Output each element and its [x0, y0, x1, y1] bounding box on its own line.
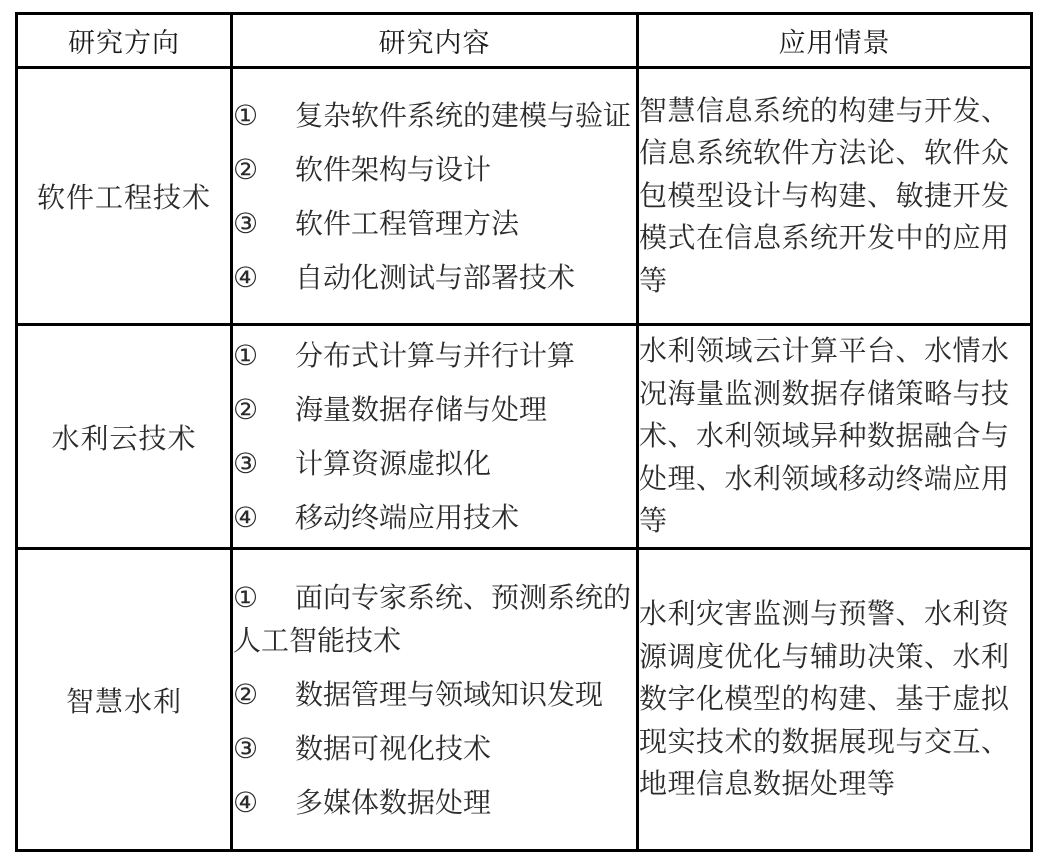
content-item: ④多媒体数据处理	[233, 781, 636, 824]
header-direction: 研究方向	[17, 14, 232, 68]
direction-cell: 智慧水利	[17, 549, 232, 851]
item-text: 自动化测试与部署技术	[295, 261, 575, 294]
direction-cell: 水利云技术	[17, 325, 232, 549]
item-number: ③	[233, 442, 295, 485]
content-item: ②软件架构与设计	[233, 148, 636, 191]
item-text: 多媒体数据处理	[295, 786, 491, 819]
item-number: ③	[233, 727, 295, 770]
item-text: 移动终端应用技术	[295, 501, 519, 534]
item-text: 复杂软件系统的建模与验证	[295, 99, 631, 132]
content-item: ②数据管理与领域知识发现	[233, 673, 636, 716]
item-number: ②	[233, 148, 295, 191]
item-number: ①	[233, 576, 295, 619]
content-item: ③软件工程管理方法	[233, 202, 636, 245]
item-text: 数据可视化技术	[295, 732, 491, 765]
table-header-row: 研究方向 研究内容 应用情景	[17, 14, 1032, 68]
table-row: 水利云技术 ①分布式计算与并行计算 ②海量数据存储与处理 ③计算资源虚拟化 ④移…	[17, 325, 1032, 549]
direction-cell: 软件工程技术	[17, 68, 232, 325]
content-item: ③计算资源虚拟化	[233, 442, 636, 485]
item-number: ③	[233, 202, 295, 245]
content-item: ①面向专家系统、预测系统的人工智能技术	[233, 576, 636, 662]
content-item: ①复杂软件系统的建模与验证	[233, 94, 636, 137]
table-row: 软件工程技术 ①复杂软件系统的建模与验证 ②软件架构与设计 ③软件工程管理方法 …	[17, 68, 1032, 325]
item-number: ④	[233, 781, 295, 824]
content-item: ③数据可视化技术	[233, 727, 636, 770]
header-scenario: 应用情景	[638, 14, 1032, 68]
item-number: ①	[233, 94, 295, 137]
item-text: 数据管理与领域知识发现	[295, 678, 603, 711]
item-number: ②	[233, 673, 295, 716]
research-table: 研究方向 研究内容 应用情景 软件工程技术 ①复杂软件系统的建模与验证 ②软件架…	[15, 12, 1033, 852]
table-row: 智慧水利 ①面向专家系统、预测系统的人工智能技术 ②数据管理与领域知识发现 ③数…	[17, 549, 1032, 851]
item-text: 软件架构与设计	[295, 153, 491, 186]
item-number: ②	[233, 388, 295, 431]
item-text: 软件工程管理方法	[295, 207, 519, 240]
item-number: ④	[233, 496, 295, 539]
header-content: 研究内容	[232, 14, 638, 68]
content-cell: ①分布式计算与并行计算 ②海量数据存储与处理 ③计算资源虚拟化 ④移动终端应用技…	[232, 325, 638, 549]
scenario-cell: 水利灾害监测与预警、水利资源调度优化与辅助决策、水利数字化模型的构建、基于虚拟现…	[638, 549, 1032, 851]
content-cell: ①复杂软件系统的建模与验证 ②软件架构与设计 ③软件工程管理方法 ④自动化测试与…	[232, 68, 638, 325]
content-item: ④移动终端应用技术	[233, 496, 636, 539]
item-number: ①	[233, 334, 295, 377]
item-number: ④	[233, 256, 295, 299]
item-text: 计算资源虚拟化	[295, 447, 491, 480]
item-text: 海量数据存储与处理	[295, 393, 547, 426]
scenario-cell: 水利领域云计算平台、水情水况海量监测数据存储策略与技术、水利领域异种数据融合与处…	[638, 325, 1032, 549]
content-item: ④自动化测试与部署技术	[233, 256, 636, 299]
scenario-cell: 智慧信息系统的构建与开发、信息系统软件方法论、软件众包模型设计与构建、敏捷开发模…	[638, 68, 1032, 325]
item-text: 分布式计算与并行计算	[295, 339, 575, 372]
content-item: ①分布式计算与并行计算	[233, 334, 636, 377]
content-item: ②海量数据存储与处理	[233, 388, 636, 431]
content-cell: ①面向专家系统、预测系统的人工智能技术 ②数据管理与领域知识发现 ③数据可视化技…	[232, 549, 638, 851]
